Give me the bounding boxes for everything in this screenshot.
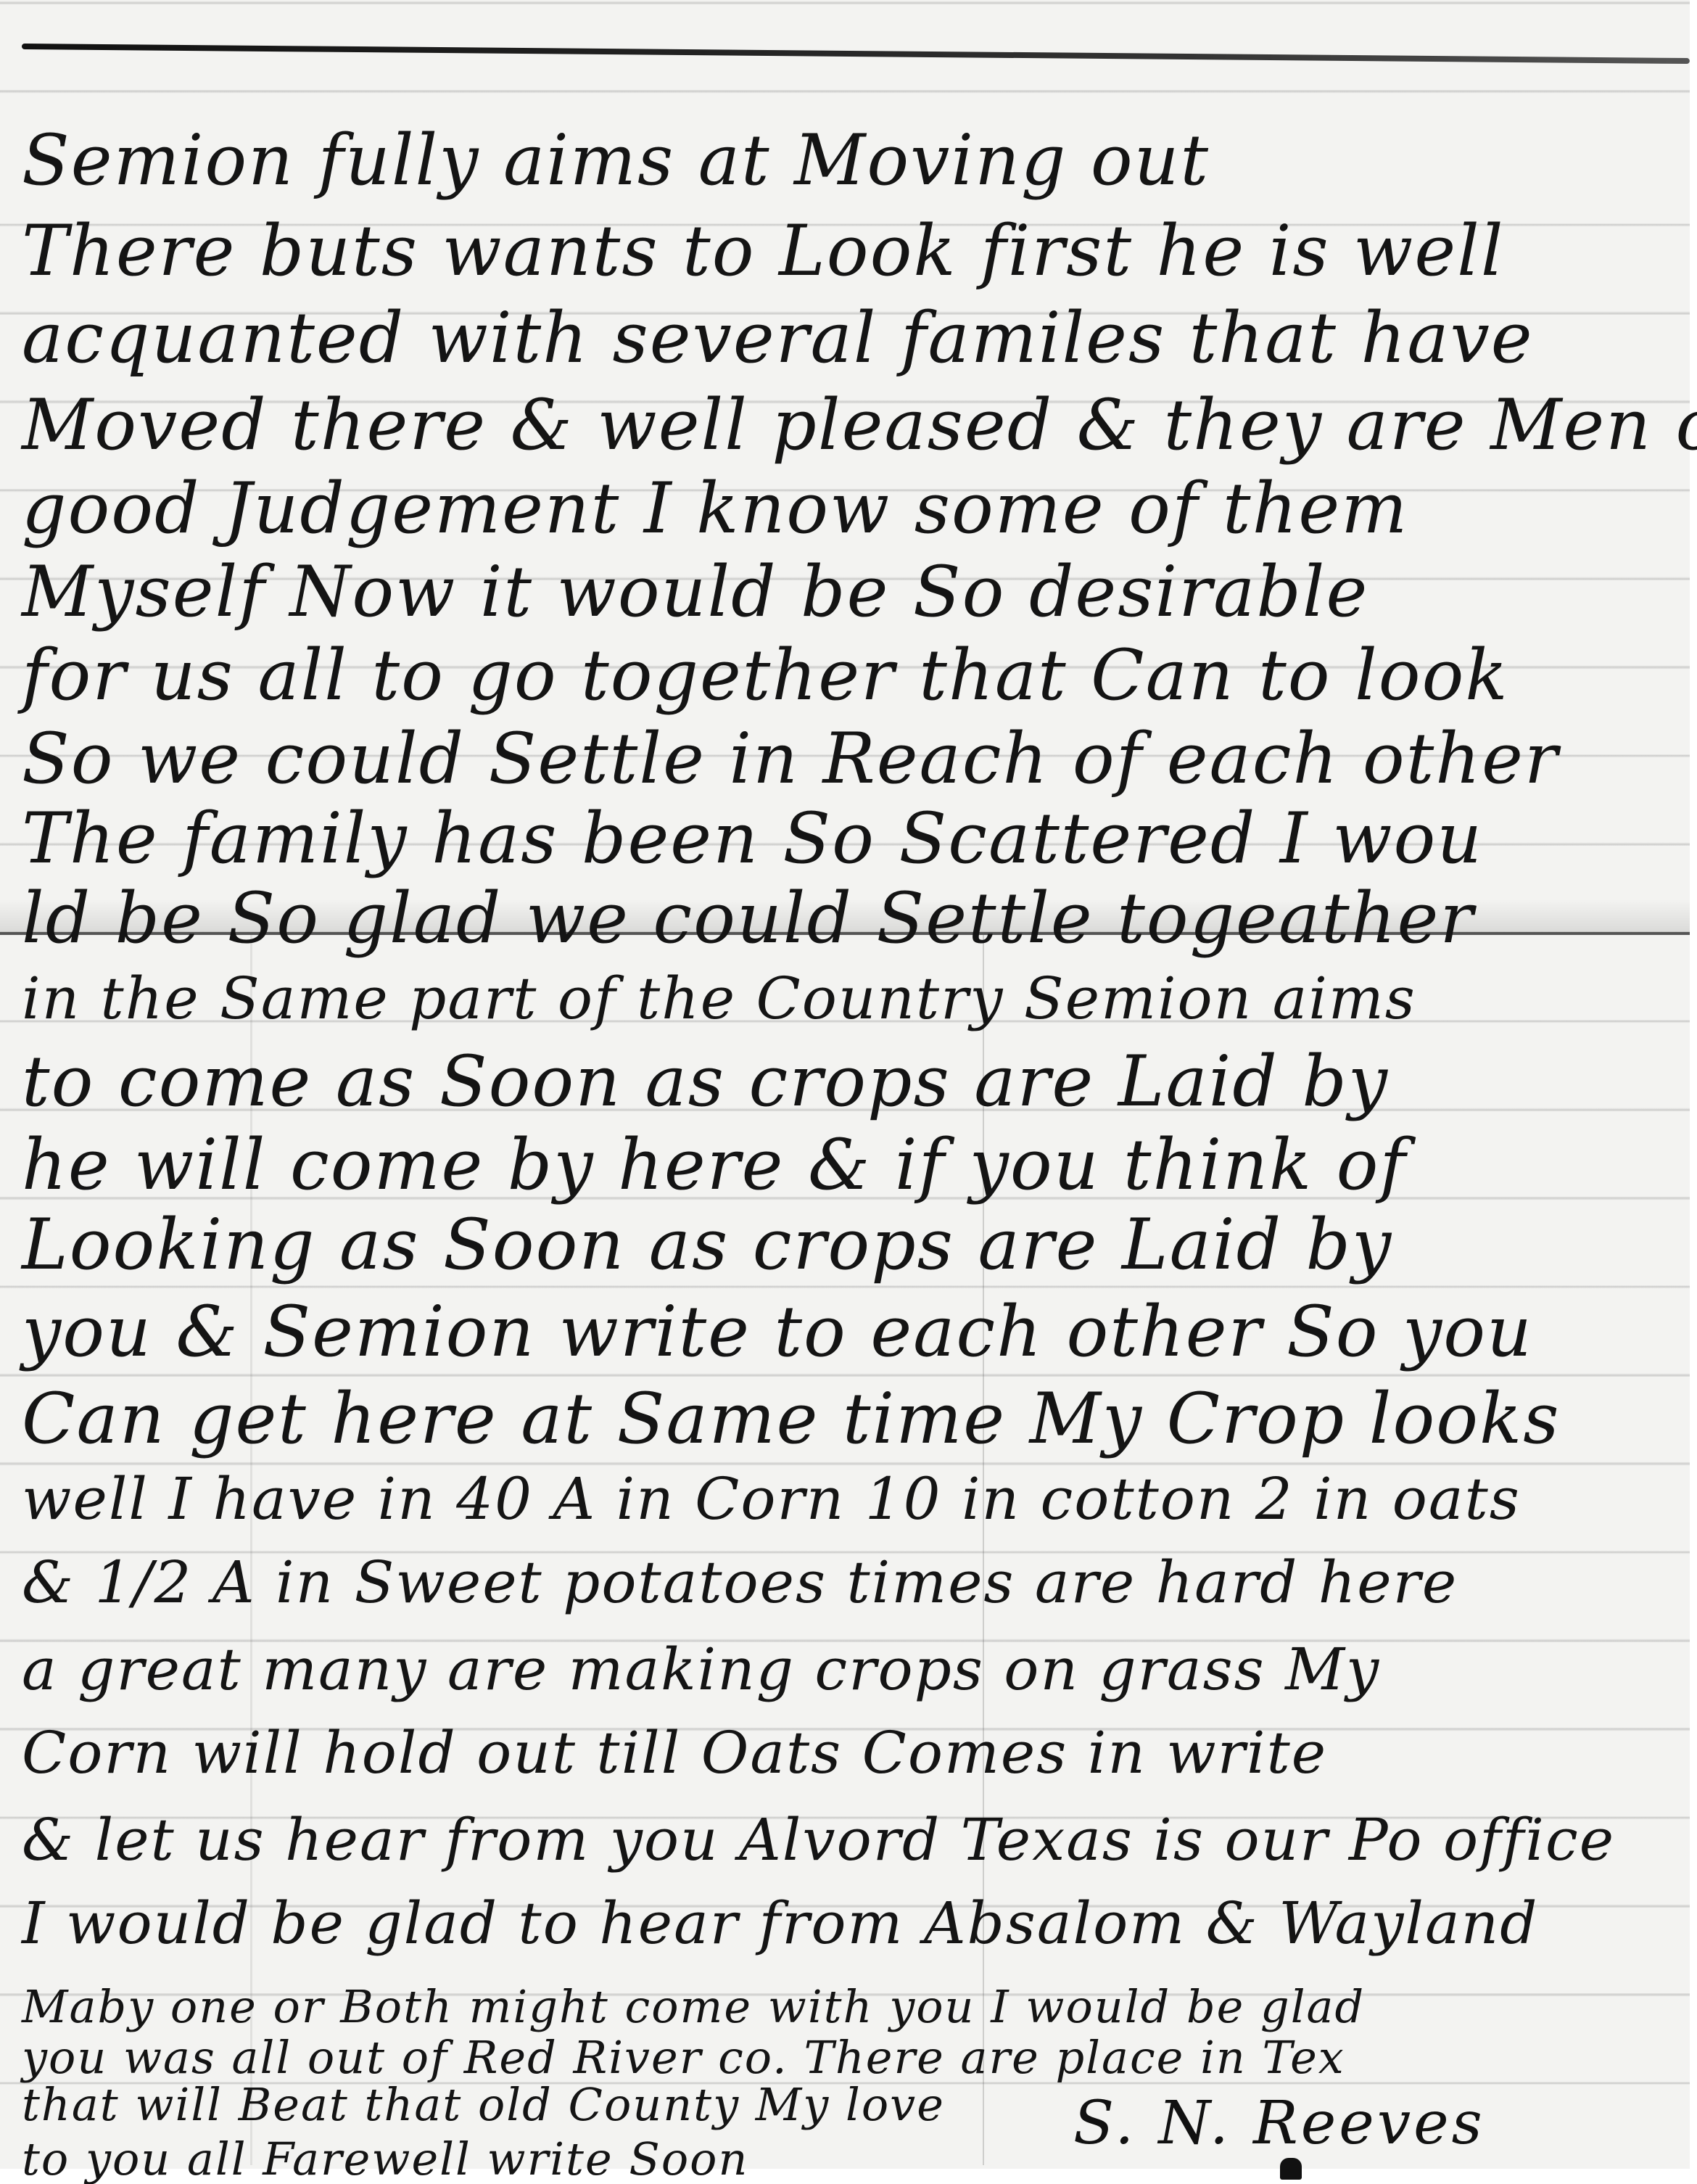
letter-line: So we could Settle in Reach of each othe… (22, 718, 1559, 799)
letter-line: a great many are making crops on grass M… (22, 1636, 1380, 1703)
letter-line: to come as Soon as crops are Laid by (22, 1041, 1389, 1122)
letter-line: Can get here at Same time My Crop looks (22, 1378, 1560, 1459)
letter-line: acquanted with several familes that have (22, 297, 1534, 379)
letter-line: for us all to go together that Can to lo… (22, 635, 1509, 716)
letter-line: Semion fully aims at Moving out (22, 120, 1210, 201)
letter-line: Maby one or Both might come with you I w… (22, 1980, 1365, 2033)
letter-line: in the Same part of the Country Semion a… (22, 965, 1416, 1032)
letter-line: ld be So glad we could Settle togeather (22, 878, 1474, 959)
signature: S. N. Reeves (1073, 2089, 1485, 2158)
letter-line: you & Semion write to each other So you (22, 1291, 1533, 1372)
letter-line: I would be glad to hear from Absalom & W… (22, 1890, 1538, 1957)
letter-line: The family has been So Scattered I wou (22, 798, 1483, 879)
letter-line: that will Beat that old County My love (22, 2078, 945, 2131)
ink-blot (1280, 2158, 1302, 2180)
letter-line: well I have in 40 A in Corn 10 in cotton… (22, 1465, 1521, 1533)
letter-line: Corn will hold out till Oats Comes in wr… (22, 1719, 1327, 1787)
letter-line: There buts wants to Look first he is wel… (22, 210, 1505, 292)
letter-line: Looking as Soon as crops are Laid by (22, 1204, 1392, 1285)
letter-line: Myself Now it would be So desirable (22, 551, 1368, 632)
letter-line: he will come by here & if you think of (22, 1124, 1407, 1206)
letter-line: you was all out of Red River co. There a… (22, 2031, 1345, 2084)
letter-line: to you all Farewell write Soon (22, 2133, 748, 2184)
letter-line: good Judgement I know some of them (22, 468, 1408, 549)
letter-line: Moved there & well pleased & they are Me… (22, 384, 1697, 466)
paper-top-edge (22, 44, 1690, 64)
letter-line: & let us hear from you Alvord Texas is o… (22, 1806, 1615, 1874)
letter-line: & 1/2 A in Sweet potatoes times are hard… (22, 1549, 1458, 1616)
